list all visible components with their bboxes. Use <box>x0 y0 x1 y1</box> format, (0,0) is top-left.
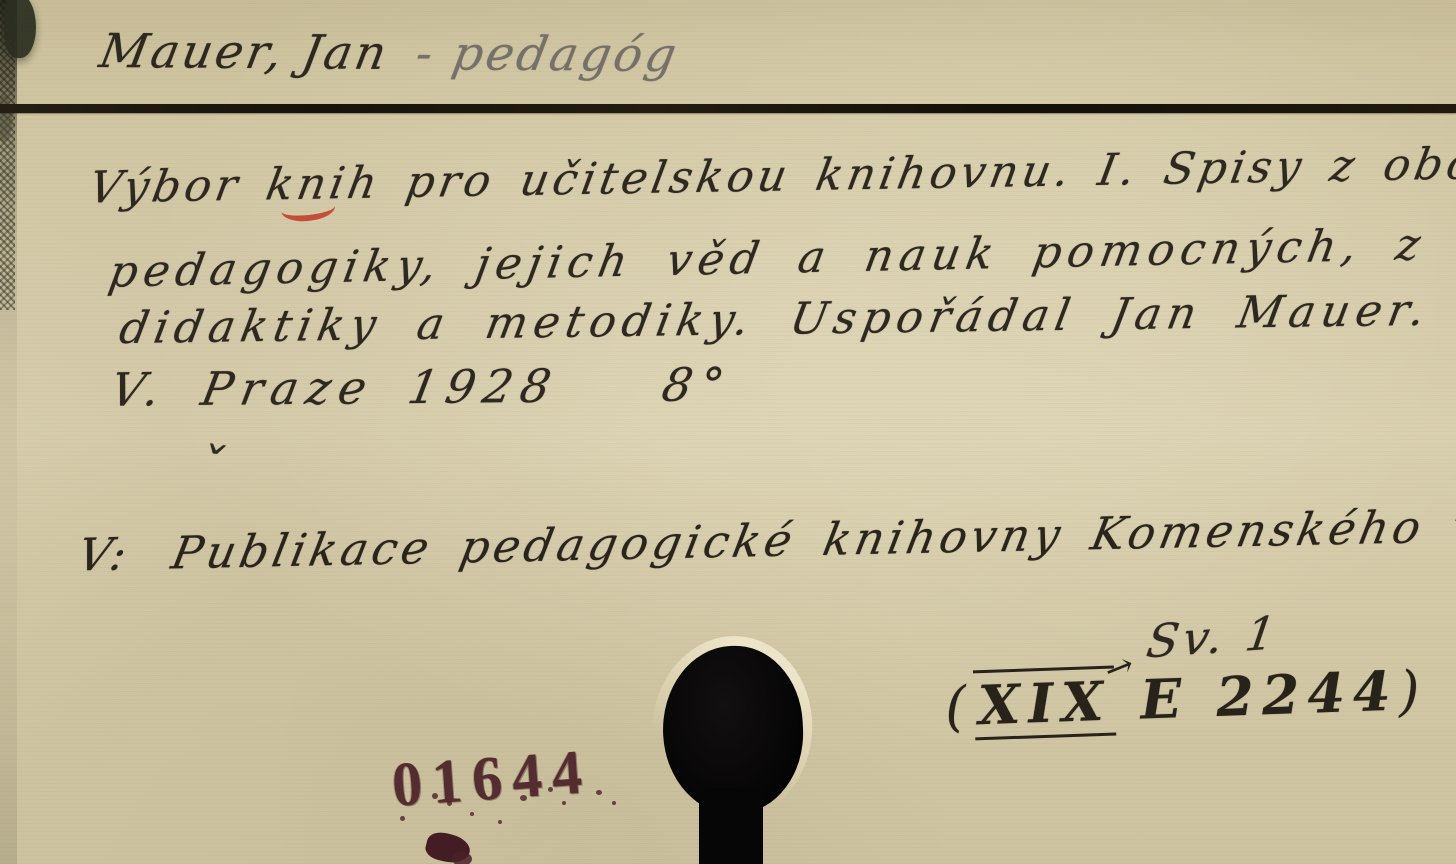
accession-number-stamp: 01644 <box>390 735 595 821</box>
punch-hole-slot <box>699 788 763 864</box>
author-name: Mauer, Jan <box>95 24 393 81</box>
author-annotation: - pedagóg <box>411 26 683 83</box>
call-number-open-paren: ( <box>944 674 975 738</box>
ink-blot-small <box>452 852 472 864</box>
series-note: V: Publikace pedagogické knihovny Komens… <box>74 496 1456 582</box>
imprint-line: V. Praze 1928 8° <box>106 357 736 416</box>
call-number-close-paren: ) <box>1397 659 1428 723</box>
title-line-3: didaktiky a metodiky. Uspořádal Jan Maue… <box>116 285 1435 354</box>
ink-splatter-dot <box>400 816 405 821</box>
ink-splatter-dot <box>498 820 502 824</box>
ink-splatter-dot <box>562 801 566 805</box>
stray-caron-mark: ˇ <box>192 436 226 499</box>
catalog-card: Mauer, Jan - pedagóg Výbor knih pro učit… <box>0 0 1456 864</box>
ink-splatter-dot <box>447 801 452 806</box>
ink-splatter-dot <box>470 812 474 816</box>
ink-splatter-dot <box>432 793 438 799</box>
header-rule <box>0 104 1456 113</box>
series-text: Publikace pedagogické knihovny Komenskéh… <box>167 496 1456 580</box>
scan-corner-artifact <box>4 0 36 58</box>
imprint-place-date: V. Praze 1928 <box>106 359 563 417</box>
heading-line: Mauer, Jan - pedagóg <box>95 24 683 83</box>
title-line-2: pedagogiky, jejich věd a nauk pomocných,… <box>105 219 1430 297</box>
series-prefix: V: <box>74 527 136 581</box>
call-number-shelf: E 2244 <box>1139 659 1399 732</box>
ink-splatter-dot <box>520 795 527 801</box>
ink-splatter-dot <box>612 801 616 805</box>
ink-splatter-dot <box>548 787 553 792</box>
red-underline-mark <box>280 192 336 224</box>
ink-splatter-dot <box>596 790 602 795</box>
call-number: (XIX E 2244) <box>944 658 1429 739</box>
imprint-format: 8° <box>658 357 736 412</box>
call-number-roman: XIX <box>973 666 1116 741</box>
series-volume: Sv. 1 <box>1143 606 1283 669</box>
